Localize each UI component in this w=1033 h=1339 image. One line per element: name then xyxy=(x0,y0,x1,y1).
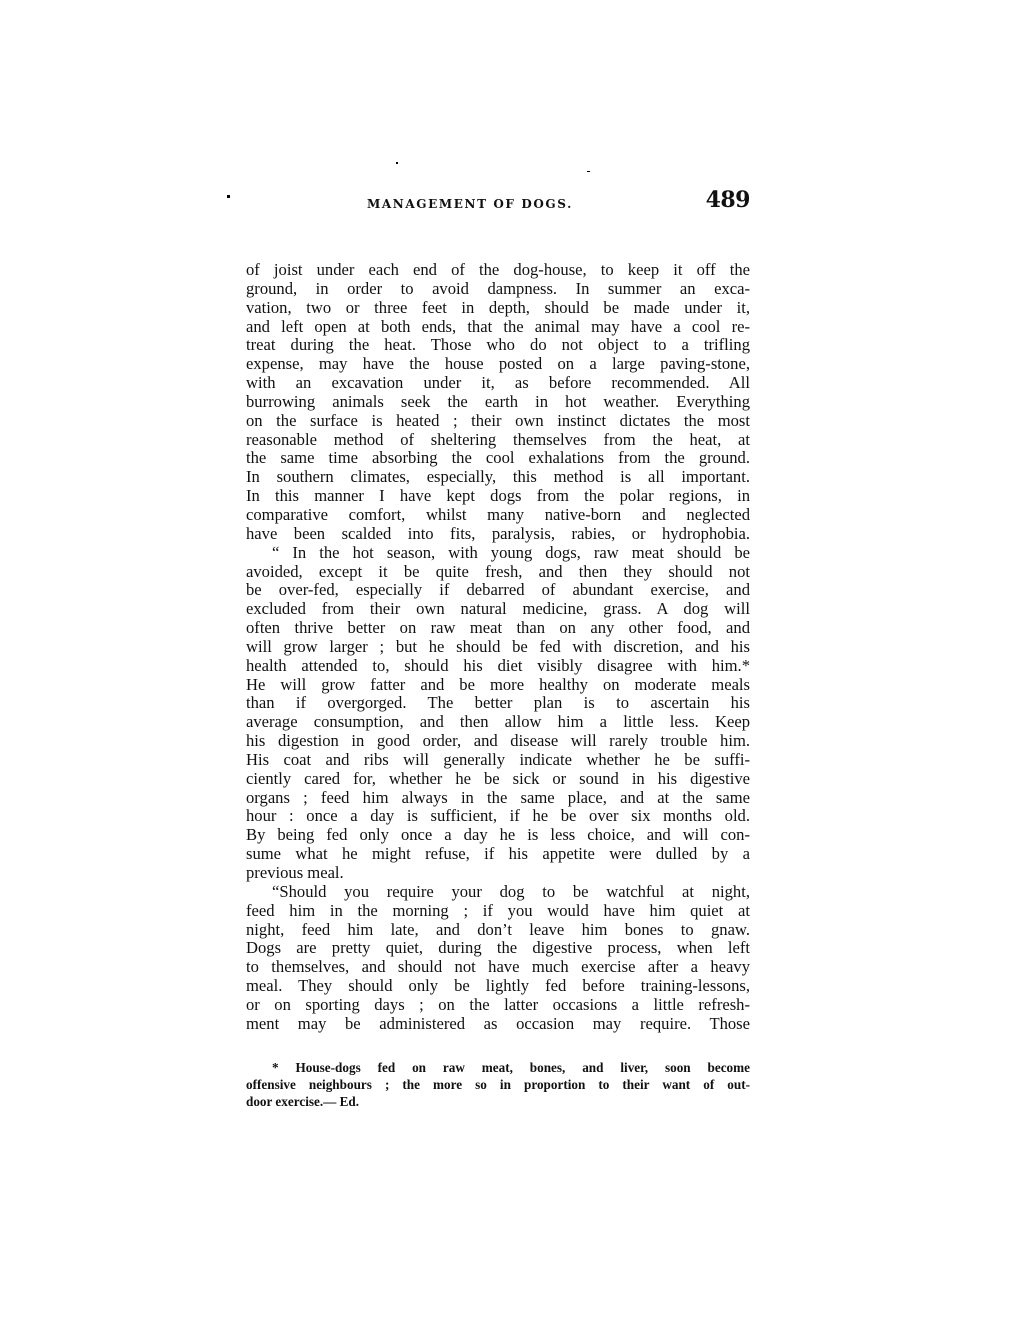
text-line: have been scalded into fits, paralysis, … xyxy=(246,525,750,544)
text-line: night, feed him late, and don’t leave hi… xyxy=(246,921,750,940)
scan-speck xyxy=(587,171,590,172)
footnote: * House-dogs fed on raw meat, bones, and… xyxy=(246,1059,750,1110)
text-line: ciently cared for, whether he be sick or… xyxy=(246,770,750,789)
body-text: of joist under each end of the dog-house… xyxy=(246,261,750,1034)
text-line: his digestion in good order, and disease… xyxy=(246,732,750,751)
text-line: avoided, except it be quite fresh, and t… xyxy=(246,563,750,582)
text-line: of joist under each end of the dog-house… xyxy=(246,261,750,280)
text-line: In southern climates, especially, this m… xyxy=(246,468,750,487)
page-number: 489 xyxy=(706,187,750,213)
text-line: with an excavation under it, as before r… xyxy=(246,374,750,393)
text-line: health attended to, should his diet visi… xyxy=(246,657,750,676)
text-line: excluded from their own natural medicine… xyxy=(246,600,750,619)
text-line: ment may be administered as occasion may… xyxy=(246,1015,750,1034)
text-line: organs ; feed him always in the same pla… xyxy=(246,789,750,808)
text-line: vation, two or three feet in depth, shou… xyxy=(246,299,750,318)
text-line: average consumption, and then allow him … xyxy=(246,713,750,732)
text-line: hour : once a day is sufficient, if he b… xyxy=(246,807,750,826)
text-line: sume what he might refuse, if his appeti… xyxy=(246,845,750,864)
scan-speck xyxy=(227,195,230,198)
text-line: expense, may have the house posted on a … xyxy=(246,355,750,374)
text-line: By being fed only once a day he is less … xyxy=(246,826,750,845)
text-line: treat during the heat. Those who do not … xyxy=(246,336,750,355)
text-line: be over-fed, especially if debarred of a… xyxy=(246,581,750,600)
text-line: on the surface is heated ; their own ins… xyxy=(246,412,750,431)
text-line: His coat and ribs will generally indicat… xyxy=(246,751,750,770)
text-line: the same time absorbing the cool exhalat… xyxy=(246,449,750,468)
footnote-line: door exercise.— Ed. xyxy=(246,1093,750,1110)
book-page: MANAGEMENT OF DOGS. 489 of joist under e… xyxy=(0,0,1033,1339)
text-line: or on sporting days ; on the latter occa… xyxy=(246,996,750,1015)
text-line: than if overgorged. The better plan is t… xyxy=(246,694,750,713)
text-line: reasonable method of sheltering themselv… xyxy=(246,431,750,450)
scan-speck xyxy=(396,162,398,164)
text-line: often thrive better on raw meat than on … xyxy=(246,619,750,638)
paragraph-start-line: “ In the hot season, with young dogs, ra… xyxy=(246,544,750,563)
footnote-line: offensive neighbours ; the more so in pr… xyxy=(246,1076,750,1093)
text-line: Dogs are pretty quiet, during the digest… xyxy=(246,939,750,958)
text-line: burrowing animals seek the earth in hot … xyxy=(246,393,750,412)
text-line: will grow larger ; but he should be fed … xyxy=(246,638,750,657)
text-line: comparative comfort, whilst many native-… xyxy=(246,506,750,525)
text-line: and left open at both ends, that the ani… xyxy=(246,318,750,337)
text-line: meal. They should only be lightly fed be… xyxy=(246,977,750,996)
running-title: MANAGEMENT OF DOGS. xyxy=(367,197,573,211)
text-line: In this manner I have kept dogs from the… xyxy=(246,487,750,506)
text-line: feed him in the morning ; if you would h… xyxy=(246,902,750,921)
text-line: ground, in order to avoid dampness. In s… xyxy=(246,280,750,299)
page-header: MANAGEMENT OF DOGS. 489 xyxy=(246,187,750,221)
text-line: to themselves, and should not have much … xyxy=(246,958,750,977)
text-line: He will grow fatter and be more healthy … xyxy=(246,676,750,695)
paragraph-end-line: previous meal. xyxy=(246,864,750,883)
footnote-line: * House-dogs fed on raw meat, bones, and… xyxy=(246,1059,750,1076)
paragraph-start-line: “Should you require your dog to be watch… xyxy=(246,883,750,902)
